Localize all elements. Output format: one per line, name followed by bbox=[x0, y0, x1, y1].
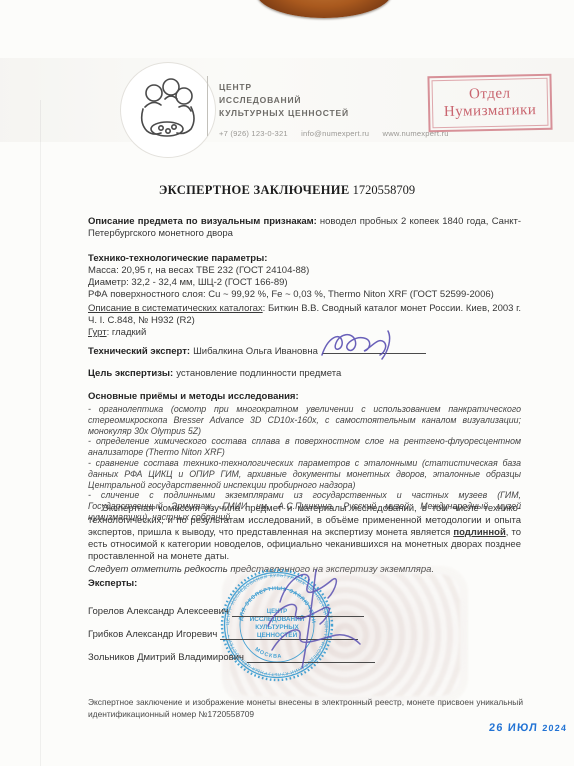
conclusion-verdict: подлинной bbox=[453, 527, 505, 538]
numismatics-dept-stamp: Отдел Нумизматики bbox=[427, 74, 552, 133]
expert-signatures-ink bbox=[228, 560, 418, 700]
edge-text: : гладкий bbox=[107, 327, 147, 338]
expert-name: Зольников Дмитрий Владимирович bbox=[88, 652, 244, 663]
tech-expert-row: Технический эксперт:Шибалкина Ольга Иван… bbox=[88, 343, 521, 358]
method-item: - определение химического состава сплава… bbox=[88, 436, 521, 458]
edge-row: Гурт: гладкий bbox=[88, 327, 521, 339]
description-label: Описание предмета по визуальным признака… bbox=[88, 216, 317, 227]
purpose-text: установление подлинности предмета bbox=[176, 368, 341, 379]
tech-params-section: Технико-технологические параметры: Масса… bbox=[88, 253, 521, 301]
tech-params-label: Технико-технологические параметры: bbox=[88, 253, 518, 265]
description-paragraph: Описание предмета по визуальным признака… bbox=[88, 216, 521, 240]
catalog-label: Описание в систематических каталогах bbox=[88, 303, 263, 314]
conclusion-text: Экспертная комиссия изучила предмет и ма… bbox=[88, 503, 521, 563]
org-email: info@numexpert.ru bbox=[301, 129, 369, 138]
org-name-line: КУЛЬТУРНЫХ ЦЕННОСТЕЙ bbox=[219, 107, 349, 120]
numismatists-drawing-icon bbox=[121, 63, 215, 157]
purpose-label: Цель экспертизы: bbox=[88, 368, 173, 379]
date-stamp-year: 2024 bbox=[542, 723, 568, 733]
edge-label: Гурт bbox=[88, 327, 107, 338]
tech-expert-name: Шибалкина Ольга Ивановна bbox=[193, 346, 318, 357]
org-phone: +7 (926) 123-0-321 bbox=[219, 129, 288, 138]
purpose-row: Цель экспертизы:установление подлинности… bbox=[88, 368, 521, 380]
expert-name: Горелов Александр Алексеевич bbox=[88, 606, 229, 617]
date-stamp: 26 ИЮЛ 2024 bbox=[489, 722, 568, 734]
title-label: ЭКСПЕРТНОЕ ЗАКЛЮЧЕНИЕ bbox=[159, 183, 350, 197]
tech-expert-label: Технический эксперт: bbox=[88, 346, 190, 357]
methods-label-row: Основные приёмы и методы исследования: bbox=[88, 391, 521, 403]
registry-note: Экспертное заключение и изображение моне… bbox=[88, 697, 523, 720]
org-name-line: ЦЕНТР bbox=[219, 81, 349, 94]
method-item: - сравнение состава технико-технологичес… bbox=[88, 458, 521, 490]
tech-param-diameter: Диаметр: 32,2 - 32,4 мм, ШЦ-2 (ГОСТ 166-… bbox=[88, 277, 521, 289]
catalog-section: Описание в систематических каталогах: Би… bbox=[88, 303, 521, 339]
letterhead-divider bbox=[207, 76, 208, 136]
tech-expert-signature bbox=[318, 329, 402, 363]
org-name: ЦЕНТР ИССЛЕДОВАНИЙ КУЛЬТУРНЫХ ЦЕННОСТЕЙ bbox=[219, 81, 349, 120]
methods-label: Основные приёмы и методы исследования: bbox=[88, 391, 299, 402]
scanned-expert-certificate: ЦЕНТР ИССЛЕДОВАНИЙ КУЛЬТУРНЫХ ЦЕННОСТЕЙ … bbox=[0, 0, 574, 766]
org-contacts: +7 (926) 123-0-321 info@numexpert.ru www… bbox=[219, 129, 460, 138]
title-number: 1720558709 bbox=[353, 183, 416, 197]
tech-param-rfa: РФА поверхностного слоя: Cu ~ 99,92 %, F… bbox=[88, 289, 521, 301]
page-edge-shadow bbox=[40, 100, 41, 766]
experts-label: Эксперты: bbox=[88, 578, 137, 589]
document-title: ЭКСПЕРТНОЕ ЗАКЛЮЧЕНИЕ 1720558709 bbox=[0, 183, 574, 198]
expert-name: Грибков Александр Игоревич bbox=[88, 629, 217, 640]
org-name-line: ИССЛЕДОВАНИЙ bbox=[219, 94, 349, 107]
method-item: - органолептика (осмотр при многократном… bbox=[88, 404, 521, 436]
dept-stamp-inner-border bbox=[432, 78, 549, 128]
coin-photo-fragment bbox=[256, 0, 392, 18]
org-logo bbox=[120, 62, 216, 158]
date-stamp-day-month: 26 ИЮЛ bbox=[489, 722, 539, 734]
tech-param-mass: Масса: 20,95 г, на весах ТВЕ 232 (ГОСТ 2… bbox=[88, 265, 521, 277]
